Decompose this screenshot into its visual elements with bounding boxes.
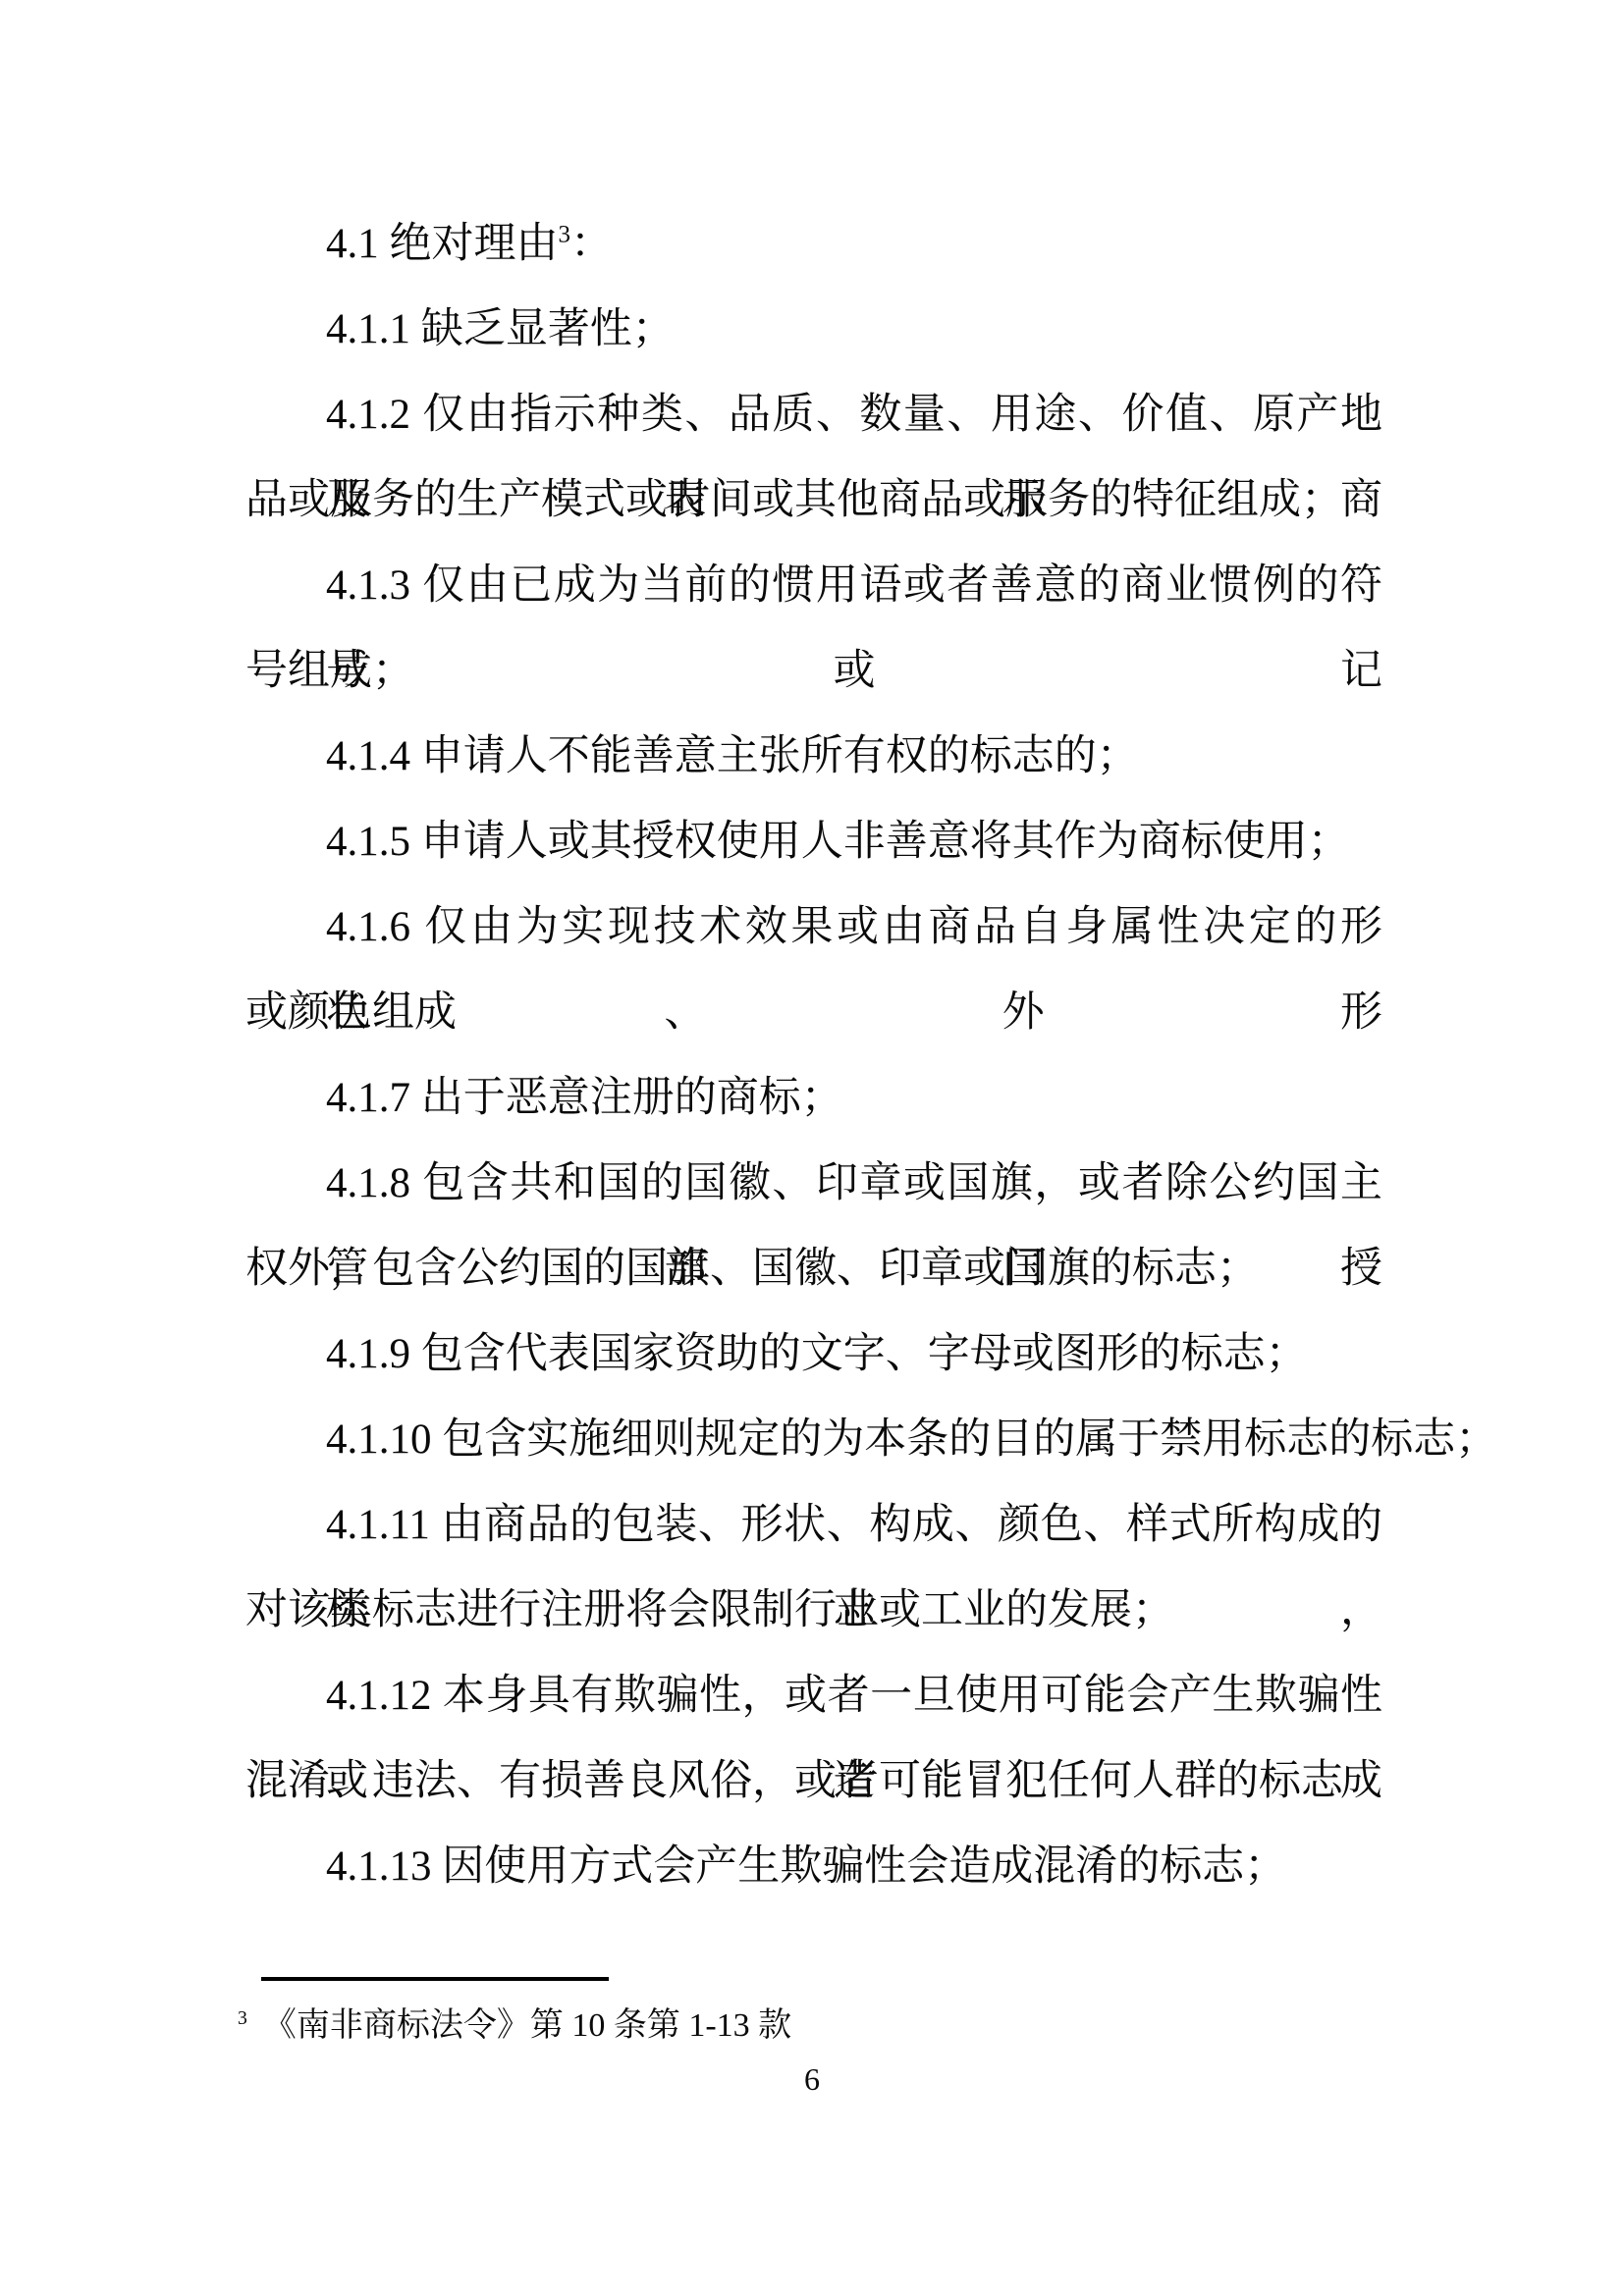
text-line: 4.1.3 仅由已成为当前的惯用语或者善意的商业惯例的符号或记 bbox=[245, 543, 1382, 628]
text-line: 4.1.7 出于恶意注册的商标； bbox=[245, 1055, 1382, 1141]
text-line: 4.1.2 仅由指示种类、品质、数量、用途、价值、原产地及表示商 bbox=[245, 372, 1382, 457]
text-line: 4.1.12 本身具有欺骗性，或者一旦使用可能会产生欺骗性或造成 bbox=[245, 1653, 1382, 1738]
footnote-ref: 3 bbox=[559, 222, 570, 248]
text-line: 4.1.10 包含实施细则规定的为本条的目的属于禁用标志的标志； bbox=[245, 1397, 1382, 1482]
text-lines: 4.1 绝对理由3：4.1.1 缺乏显著性；4.1.2 仅由指示种类、品质、数量… bbox=[245, 201, 1382, 1909]
text-line: 权外，包含公约国的国旗、国徽、印章或国旗的标志； bbox=[245, 1226, 1382, 1311]
text-line: 4.1.1 缺乏显著性； bbox=[245, 287, 1382, 372]
footnote-separator bbox=[261, 1977, 609, 1981]
text-line: 4.1 绝对理由3： bbox=[245, 201, 1382, 287]
footnote: 3《南非商标法令》第 10 条第 1-13 款 bbox=[238, 2002, 791, 2050]
text-line: 4.1.6 仅由为实现技术效果或由商品自身属性决定的形状、外形 bbox=[245, 884, 1382, 970]
text-line: 4.1.4 申请人不能善意主张所有权的标志的； bbox=[245, 714, 1382, 799]
footnote-ref-marker: 3 bbox=[238, 2007, 247, 2029]
text-line: 混淆、违法、有损善良风俗，或者可能冒犯任何人群的标志 bbox=[245, 1738, 1382, 1824]
text-line: 4.1.13 因使用方式会产生欺骗性会造成混淆的标志； bbox=[245, 1824, 1382, 1909]
page-number: 6 bbox=[0, 2059, 1624, 2099]
text-line: 品或服务的生产模式或时间或其他商品或服务的特征组成； bbox=[245, 457, 1382, 543]
footnote-text: 《南非商标法令》第 10 条第 1-13 款 bbox=[263, 2007, 791, 2044]
document-page: 4.1 绝对理由3：4.1.1 缺乏显著性；4.1.2 仅由指示种类、品质、数量… bbox=[0, 0, 1624, 2296]
text-line: 4.1.8 包含共和国的国徽、印章或国旗，或者除公约国主管部门授 bbox=[245, 1141, 1382, 1226]
text-line: 4.1.9 包含代表国家资助的文字、字母或图形的标志； bbox=[245, 1311, 1382, 1397]
text-line: 4.1.5 申请人或其授权使用人非善意将其作为商标使用； bbox=[245, 799, 1382, 884]
text-line: 4.1.11 由商品的包装、形状、构成、颜色、样式所构成的标志， bbox=[245, 1482, 1382, 1568]
